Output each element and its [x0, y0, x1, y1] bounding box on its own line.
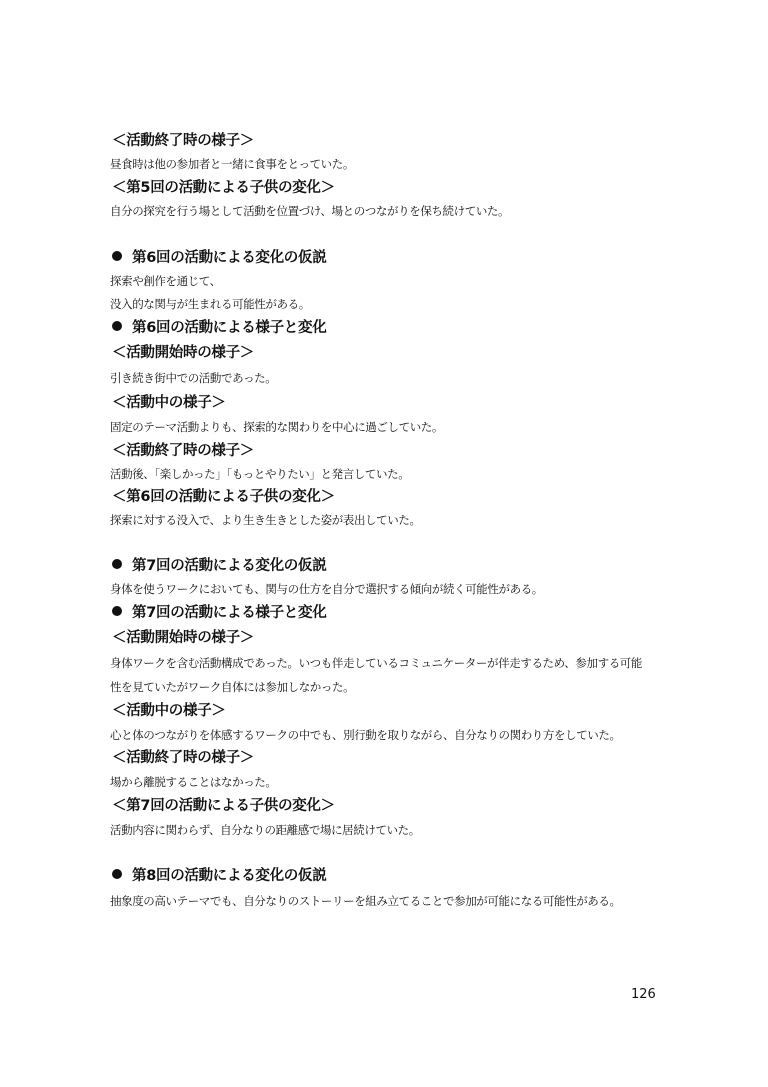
- subsection-heading: ＜活動終了時の様子＞: [112, 444, 254, 459]
- bullet-icon: [112, 251, 122, 261]
- section-heading-text: 第6回の活動による様子と変化: [132, 320, 326, 336]
- body-text: 活動後、「楽しかった」「もっとやりたい」と発言していた。: [110, 469, 409, 481]
- body-text: 活動内容に関わらず、自分なりの距離感で場に居続けていた。: [110, 825, 420, 837]
- section-heading: 第6回の活動による様子と変化: [112, 321, 326, 336]
- body-text: 引き続き街中での活動であった。: [110, 373, 276, 385]
- body-text: 身体を使うワークにおいても、関与の仕方を自分で選択する傾向が続く可能性がある。: [110, 584, 543, 596]
- section-heading-text: 第8回の活動による変化の仮説: [132, 868, 326, 884]
- subsection-heading: ＜第5回の活動による子供の変化＞: [112, 181, 335, 196]
- subsection-heading: ＜第7回の活動による子供の変化＞: [112, 799, 335, 814]
- bullet-icon: [112, 559, 122, 569]
- body-text: 昼食時は他の参加者と一緒に食事をとっていた。: [110, 159, 354, 171]
- bullet-icon: [112, 321, 122, 331]
- section-heading: 第7回の活動による様子と変化: [112, 606, 326, 621]
- body-text: 心と体のつながりを体感するワークの中でも、別行動を取りながら、自分なりの関わり方…: [110, 730, 621, 742]
- subsection-heading: ＜活動終了時の様子＞: [112, 751, 254, 766]
- body-text: 没入的な関与が生まれる可能性がある。: [110, 299, 310, 311]
- subsection-heading: ＜第6回の活動による子供の変化＞: [112, 490, 335, 505]
- subsection-heading: ＜活動終了時の様子＞: [112, 134, 254, 149]
- body-text: 身体ワークを含む活動構成であった。いつも伴走しているコミュニケーターが伴走するた…: [110, 658, 642, 670]
- subsection-heading: ＜活動中の様子＞: [112, 704, 226, 719]
- section-heading: 第7回の活動による変化の仮説: [112, 559, 326, 574]
- subsection-heading: ＜活動中の様子＞: [112, 396, 226, 411]
- section-heading-text: 第6回の活動による変化の仮説: [132, 250, 326, 266]
- subsection-heading: ＜活動開始時の様子＞: [112, 631, 254, 646]
- page-number: 126: [631, 987, 656, 1002]
- section-heading-text: 第7回の活動による変化の仮説: [132, 558, 326, 574]
- body-text: 固定のテーマ活動よりも、探索的な関わりを中心に過ごしていた。: [110, 422, 443, 434]
- bullet-icon: [112, 869, 122, 879]
- body-text: 自分の探究を行う場として活動を位置づけ、場とのつながりを保ち続けていた。: [110, 206, 509, 218]
- body-text: 抽象度の高いテーマでも、自分なりのストーリーを組み立てることで参加が可能になる可…: [110, 896, 621, 908]
- body-text: 探索や創作を通じて、: [110, 276, 221, 288]
- subsection-heading: ＜活動開始時の様子＞: [112, 346, 254, 361]
- section-heading-text: 第7回の活動による様子と変化: [132, 605, 326, 621]
- bullet-icon: [112, 606, 122, 616]
- section-heading: 第8回の活動による変化の仮説: [112, 869, 326, 884]
- body-text: 場から離脱することはなかった。: [110, 777, 277, 789]
- body-text: 探索に対する没入で、より生き生きとした姿が表出していた。: [110, 515, 421, 527]
- body-text: 性を見ていたがワーク自体には参加しなかった。: [110, 682, 354, 694]
- section-heading: 第6回の活動による変化の仮説: [112, 251, 326, 266]
